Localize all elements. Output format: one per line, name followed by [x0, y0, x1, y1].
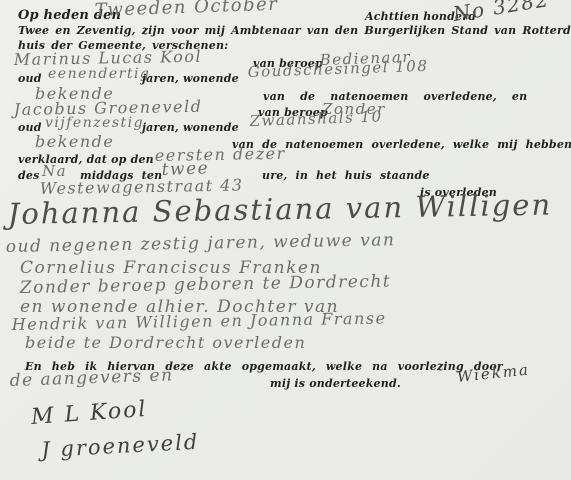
closing-hw-aangevers: de aangevers en: [9, 365, 174, 391]
daypart-hw: Na: [42, 162, 67, 180]
death-certificate-scan: Op heden den Tweeden October Achttien ho…: [0, 0, 571, 480]
printed-closing-line2: mij is onderteekend.: [270, 377, 401, 390]
declarant2-age: vijfenzestig: [45, 115, 144, 131]
declarant1-age: eenendertig: [48, 66, 150, 82]
handwritten-act-date: Tweeden October: [94, 0, 278, 21]
printed-jaren-wonende-2: jaren, wonende: [142, 121, 239, 134]
printed-des: des: [18, 169, 39, 182]
printed-header-line2: Twee en Zeventig, zijn voor mij Ambtenaa…: [18, 24, 571, 37]
act-number: No 3282: [451, 0, 551, 26]
printed-natenoemen-1: van de natenoemen overledene, en: [263, 90, 527, 103]
declarant2-address: Zwaanshals 10: [249, 107, 383, 130]
printed-verklaard: verklaard, dat op den: [18, 153, 154, 166]
printed-jaren-wonende-1: jaren, wonende: [142, 72, 239, 85]
printed-ure-huis-staande: ure, in het huis staande: [262, 169, 430, 182]
declarant1-signature: M L Kool: [30, 397, 148, 430]
declarant2-relation: bekende: [35, 132, 114, 151]
deceased-age-line: oud negenen zestig jaren, weduwe van: [6, 230, 396, 257]
declarant2-signature: J groeneveld: [41, 430, 200, 462]
deceased-parents-status: beide te Dordrecht overleden: [25, 333, 306, 352]
